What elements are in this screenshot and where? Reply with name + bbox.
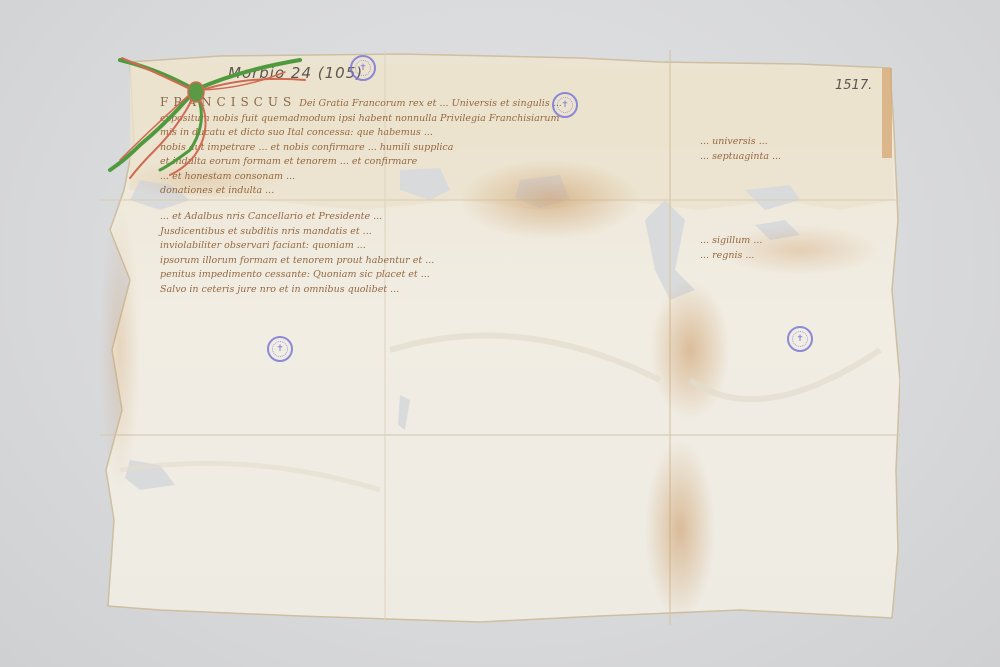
- photo-background: Morbio 24 (105) 1517. ✝ ✝ ✝ ✝ FRANCISCUS…: [0, 0, 1000, 667]
- archive-stamp-icon: ✝: [787, 326, 813, 352]
- manuscript-line: Jusdicentibus et subditis nris mandatis …: [160, 225, 434, 240]
- catalog-number-annotation: 1517.: [835, 78, 872, 93]
- manuscript-line: ipsorum illorum formam et tenorem prout …: [160, 254, 434, 269]
- manuscript-line: ... et Adalbus nris Cancellario et Presi…: [160, 210, 434, 225]
- manuscript-line: Dei Gratia Francorum rex et ... Universi…: [299, 98, 562, 109]
- manuscript-line: ... universis ...: [700, 135, 781, 150]
- manuscript-line: Salvo in ceteris jure nro et in omnibus …: [160, 283, 434, 298]
- archive-stamp-icon: ✝: [350, 55, 376, 81]
- manuscript-line: inviolabiliter observari faciant: quonia…: [160, 239, 434, 254]
- manuscript-right-text: ... universis ... ... septuaginta ... ..…: [700, 135, 781, 263]
- manuscript-line: ... sigillum ...: [700, 234, 781, 249]
- manuscript-line: ... septuaginta ...: [700, 150, 781, 165]
- manuscript-line: penitus impedimento cessante: Quoniam si…: [160, 268, 434, 283]
- manuscript-line: ... regnis ...: [700, 249, 781, 264]
- manuscript-line: donationes et indulta ...: [160, 184, 562, 199]
- manuscript-lower-text: ... et Adalbus nris Cancellario et Presi…: [160, 210, 434, 297]
- silk-cord-icon: [100, 50, 310, 180]
- archive-stamp-icon: ✝: [267, 336, 293, 362]
- parchment-document: Morbio 24 (105) 1517. ✝ ✝ ✝ ✝ FRANCISCUS…: [100, 50, 900, 625]
